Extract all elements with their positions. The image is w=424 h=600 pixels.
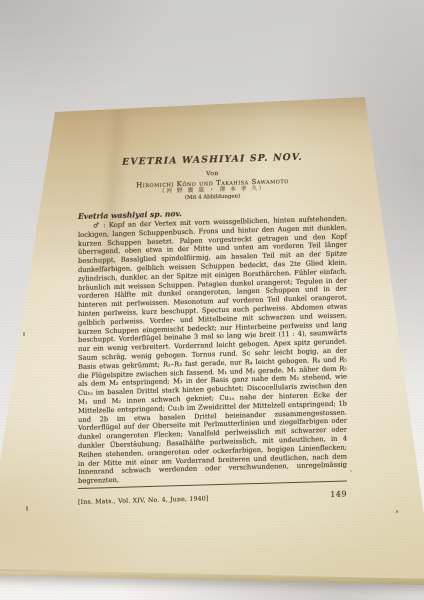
photo-of-journal-page: EVETRIA WASHIYAI SP. NOV. Von Hiromichi … (0, 0, 424, 600)
paper-speck (23, 332, 25, 336)
page-number: 149 (330, 489, 347, 498)
paper-speck (26, 506, 28, 511)
paper-speck (396, 510, 398, 513)
description-paragraph: ♂ : Kopf an der Vertex mit vorn weissgel… (78, 214, 347, 485)
paper-speck (350, 470, 352, 472)
article-text-block: EVETRIA WASHIYAI SP. NOV. Von Hiromichi … (78, 150, 347, 505)
